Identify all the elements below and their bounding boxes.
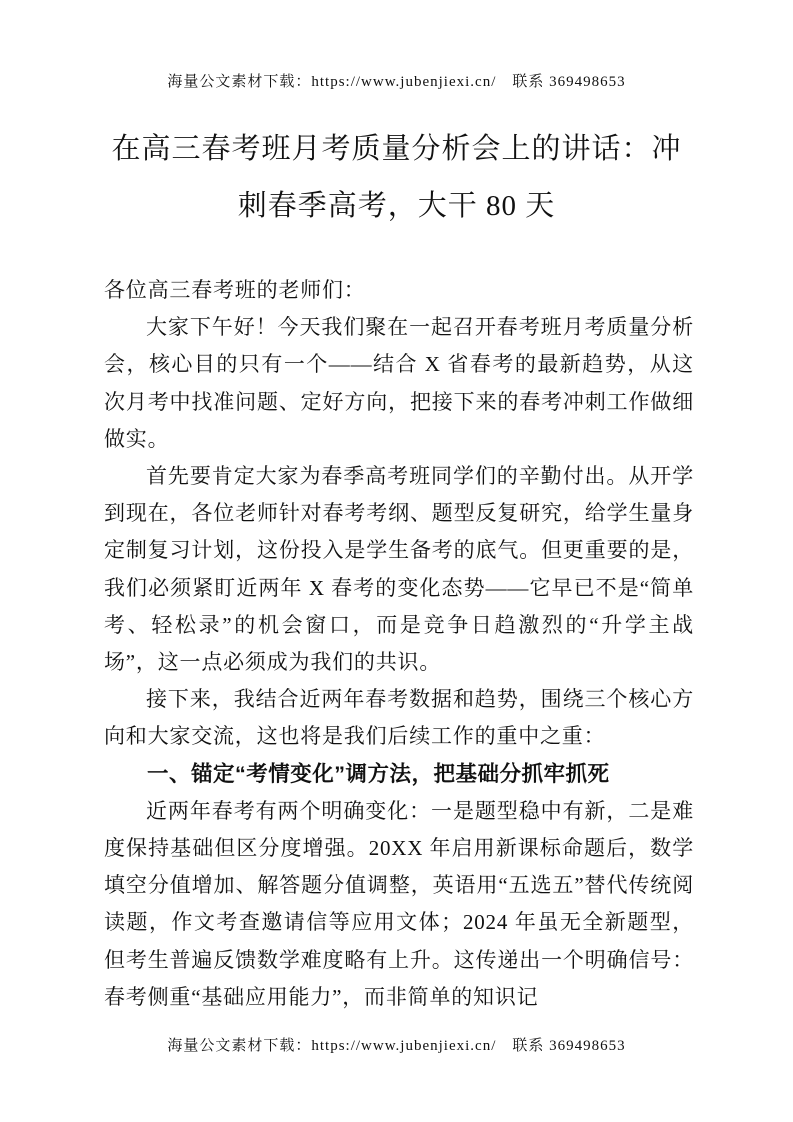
- paragraph: 近两年春考有两个明确变化：一是题型稳中有新，二是难度保持基础但区分度增强。20X…: [104, 793, 694, 1016]
- paragraph: 大家下午好！今天我们聚在一起召开春考班月考质量分析会，核心目的只有一个——结合 …: [104, 309, 694, 458]
- page-footer-watermark: 海量公文素材下载：https://www.jubenjiexi.cn/ 联系 3…: [0, 1034, 793, 1055]
- paragraph: 接下来，我结合近两年春考数据和趋势，围绕三个核心方向和大家交流，这也将是我们后续…: [104, 681, 694, 755]
- page-header-watermark: 海量公文素材下载：https://www.jubenjiexi.cn/ 联系 3…: [0, 70, 793, 91]
- document-body: 各位高三春考班的老师们： 大家下午好！今天我们聚在一起召开春考班月考质量分析会，…: [104, 272, 694, 1016]
- document-title: 在高三春考班月考质量分析会上的讲话：冲刺春季高考，大干 80 天: [104, 121, 689, 235]
- salutation-line: 各位高三春考班的老师们：: [104, 272, 694, 309]
- paragraph: 首先要肯定大家为春季高考班同学们的辛勤付出。从开学到现在，各位老师针对春考考纲、…: [104, 458, 694, 681]
- document-page: 海量公文素材下载：https://www.jubenjiexi.cn/ 联系 3…: [0, 0, 793, 1122]
- section-heading-1: 一、锚定“考情变化”调方法，把基础分抓牢抓死: [104, 756, 694, 793]
